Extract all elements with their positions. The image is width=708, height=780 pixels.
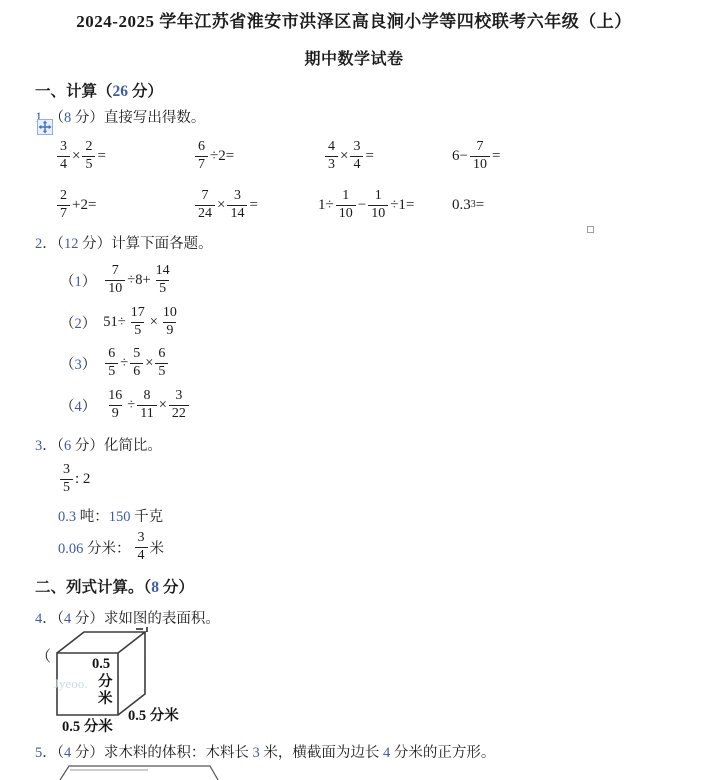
fraction: 110 bbox=[336, 189, 356, 221]
fraction: 35 bbox=[60, 463, 73, 495]
question2-text: 2．（12 分）计算下面各题。 bbox=[35, 232, 213, 253]
fraction: 109 bbox=[160, 306, 180, 338]
fraction: 25 bbox=[82, 140, 95, 172]
section1-heading: 一、计算（26 分） bbox=[35, 79, 163, 101]
fraction: 811 bbox=[137, 389, 156, 421]
paper-title-line2: 期中数学试卷 bbox=[0, 46, 708, 69]
cube-bottom-label: 0.5 分米 bbox=[62, 717, 113, 735]
fraction: 43 bbox=[325, 140, 338, 172]
fraction: 110 bbox=[368, 189, 388, 221]
fraction: 65 bbox=[105, 347, 118, 379]
q1-expression-1: 34×25= bbox=[55, 138, 106, 174]
q2-item-1: （1） 710÷8+145 bbox=[60, 262, 175, 298]
cube-side-label-unit-2: 米 bbox=[98, 690, 113, 707]
question3-text: 3．（6 分）化简比。 bbox=[35, 434, 162, 455]
fraction: 175 bbox=[128, 306, 148, 338]
fraction: 314 bbox=[227, 189, 247, 221]
watermark-text: Jyeoo. bbox=[54, 676, 88, 691]
fraction: 710 bbox=[470, 140, 490, 172]
q2-item-2-expression: 51÷175×109 bbox=[103, 306, 182, 338]
q2-item-4-marker: （4） bbox=[60, 395, 96, 416]
move-handle-icon[interactable] bbox=[37, 119, 53, 135]
q3-ratio-3-expression: 34米 bbox=[133, 531, 165, 563]
question4-text: 4．（4 分）求如图的表面积。 bbox=[35, 607, 220, 628]
q1-expression-3: 43×34= bbox=[323, 138, 374, 174]
q2-item-3: （3） 65÷56×65 bbox=[60, 345, 170, 381]
q2-item-1-marker: （1） bbox=[60, 270, 96, 291]
section2-heading: 二、列式计算。（8 分） bbox=[35, 575, 194, 597]
q1-expression-7: 1÷110−110÷1= bbox=[318, 187, 414, 223]
q2-item-4: （4） 169÷811×322 bbox=[60, 387, 191, 423]
exam-paper-page: 2024-2025 学年江苏省淮安市洪泽区高良涧小学等四校联考六年级（上） 期中… bbox=[0, 0, 708, 780]
fraction: 56 bbox=[130, 347, 143, 379]
cube-side-label-unit-1: 分 bbox=[98, 672, 113, 690]
q1-expression-2: 67÷2= bbox=[193, 138, 234, 174]
fraction: 710 bbox=[105, 264, 125, 296]
cube-figure: Jyeoo. 0.5 分 米 0.5 分米 0.5 分米 bbox=[40, 626, 210, 742]
q2-item-4-expression: 169÷811×322 bbox=[103, 389, 191, 421]
prism-top-outline bbox=[60, 766, 218, 780]
fraction: 34 bbox=[57, 140, 70, 172]
q1-expression-5: 27+2= bbox=[55, 187, 96, 223]
q3-ratio-3: 0.06 分米： 34米 bbox=[58, 529, 164, 565]
q1-expression-4: 6−710= bbox=[452, 138, 500, 174]
fraction: 169 bbox=[105, 389, 125, 421]
fraction: 724 bbox=[195, 189, 215, 221]
cube-depth-label: 0.5 分米 bbox=[128, 706, 179, 724]
q2-item-2: （2） 51÷175×109 bbox=[60, 304, 182, 340]
q3-ratio-2: 0.3 吨：150 千克 bbox=[58, 505, 163, 526]
fraction: 67 bbox=[195, 140, 208, 172]
fraction: 27 bbox=[57, 189, 70, 221]
wood-prism-figure bbox=[40, 756, 280, 780]
q3-ratio-3-prefix: 0.06 分米： bbox=[58, 537, 131, 558]
q2-item-3-marker: （3） bbox=[60, 353, 96, 374]
fraction: 65 bbox=[155, 347, 168, 379]
q3-ratio-1: 35: 2 bbox=[58, 461, 90, 497]
paper-title-line1: 2024-2025 学年江苏省淮安市洪泽区高良涧小学等四校联考六年级（上） bbox=[0, 7, 708, 32]
q2-item-2-marker: （2） bbox=[60, 312, 96, 333]
fraction: 145 bbox=[153, 264, 173, 296]
object-anchor-square bbox=[587, 226, 594, 233]
fraction: 34 bbox=[350, 140, 363, 172]
move-handle-icon-glyph bbox=[37, 119, 53, 135]
q2-item-1-expression: 710÷8+145 bbox=[103, 264, 174, 296]
cube-side-label-value: 0.5 bbox=[92, 656, 110, 672]
q1-expression-8: 0.33= bbox=[452, 187, 484, 223]
q1-expression-6: 724×314= bbox=[193, 187, 258, 223]
question1-text: 1．（8 分）直接写出得数。 bbox=[35, 106, 205, 127]
fraction: 322 bbox=[169, 389, 189, 421]
q2-item-3-expression: 65÷56×65 bbox=[103, 347, 170, 379]
fraction: 34 bbox=[135, 531, 148, 563]
